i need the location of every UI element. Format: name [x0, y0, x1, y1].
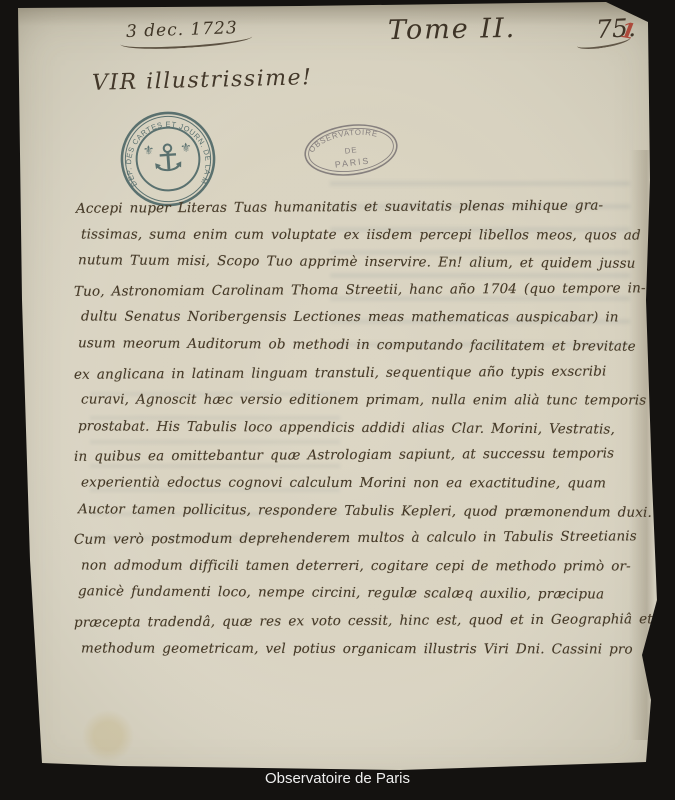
- manuscript-line: Tuo, Astronomiam Carolinam Thoma Streeti…: [74, 275, 649, 306]
- manuscript-line: curavi, Agnoscit hæc versio editionem pr…: [81, 387, 649, 416]
- observatoire-stamp-line3: PARIS: [334, 155, 371, 169]
- letter-body: Accepi nuper Literas Tuas humanitatis et…: [74, 194, 649, 663]
- manuscript-line: experientià edoctus cognovi calculum Mor…: [81, 469, 649, 498]
- tome-label: Tome II.: [388, 13, 517, 46]
- manuscript-line: Accepi nuper Literas Tuas humanitatis et…: [76, 192, 649, 223]
- manuscript-paper: 3 dec. 1723 Tome II. 75. 1 VIR illustris…: [0, 0, 675, 800]
- manuscript-line: nutum Tuum misi, Scopo Tuo apprimè inser…: [78, 247, 649, 278]
- manuscript-line: in quibus ea omittebantur quæ Astrologia…: [74, 441, 649, 472]
- manuscript-line: præcepta tradendâ, quæ res ex voto cessi…: [74, 606, 649, 637]
- fleur-de-lis-left-icon: ⚜: [143, 143, 155, 159]
- manuscript-line: usum meorum Auditorum ob methodi in comp…: [78, 330, 649, 361]
- manuscript-line: Cum verò postmodum deprehenderem multos …: [74, 523, 649, 554]
- manuscript-line: Auctor tamen pollicitus, respondere Tabu…: [78, 496, 649, 527]
- manuscript-line: ex anglicana in latinam linguam transtul…: [74, 358, 649, 389]
- manuscript-line: ganicè fundamenti loco, nempe circini, r…: [78, 579, 649, 610]
- archival-date: 3 dec. 1723: [126, 18, 238, 42]
- manuscript-line: methodum geometricam, vel potius organic…: [81, 635, 649, 664]
- observatoire-stamp-line1: OBSERVATOIRE: [305, 125, 381, 155]
- observatoire-stamp-line2: DE: [344, 145, 358, 155]
- manuscript-line: dultu Senatus Noribergensis Lectiones me…: [81, 304, 649, 333]
- manuscript-line: prostabat. His Tabulis loco appendicis a…: [78, 413, 649, 444]
- manuscript-line: tissimas, suma enim cum voluptate ex iis…: [81, 221, 649, 250]
- fleur-de-lis-right-icon: ⚜: [180, 140, 192, 156]
- manuscript-line: non admodum difficili tamen deterreri, c…: [81, 552, 649, 581]
- footer-caption: Observatoire de Paris: [0, 770, 675, 787]
